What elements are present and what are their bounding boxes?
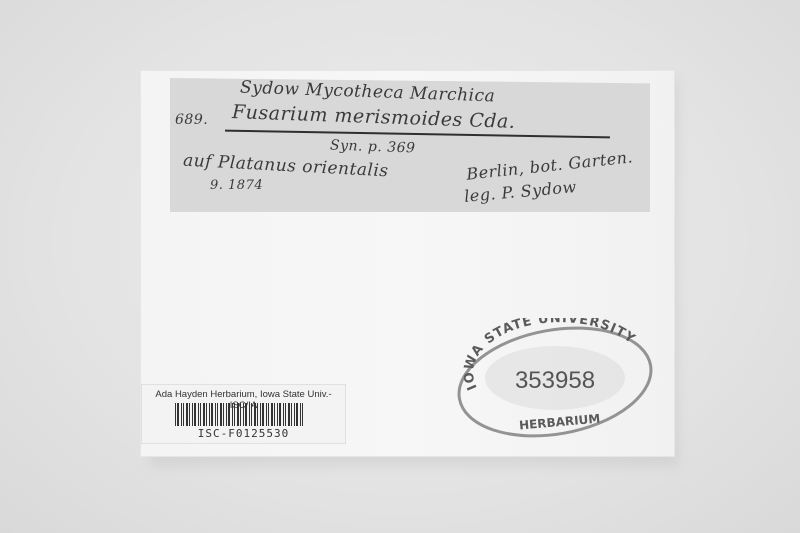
stamp-bottom-text: HERBARIUM bbox=[519, 411, 601, 432]
stamp-number: 353958 bbox=[515, 367, 595, 394]
label-date: 9. 1874 bbox=[210, 178, 263, 193]
label-synonym-ref: Syn. p. 369 bbox=[330, 138, 416, 157]
barcode-label: Ada Hayden Herbarium, Iowa State Univ.-I… bbox=[141, 384, 346, 444]
barcode-id: ISC-F0125530 bbox=[142, 427, 345, 440]
herbarium-stamp: IOWA STATE UNIVERSITY 353958 HERBARIUM bbox=[455, 318, 655, 440]
barcode-icon bbox=[175, 403, 315, 426]
label-number: 689. bbox=[175, 112, 208, 128]
